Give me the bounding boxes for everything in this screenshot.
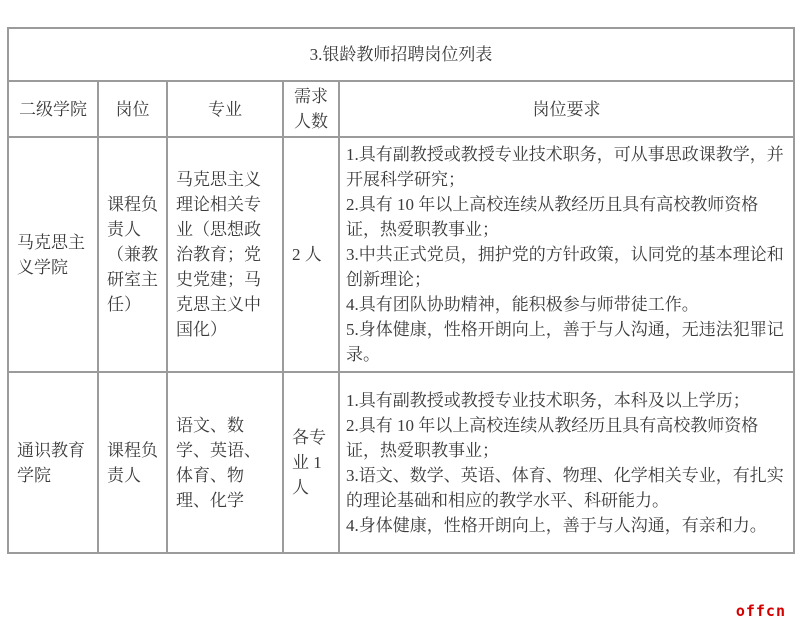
table-title-row: 3.银龄教师招聘岗位列表 [8, 28, 794, 81]
table-title: 3.银龄教师招聘岗位列表 [8, 28, 794, 81]
recruitment-table: 3.银龄教师招聘岗位列表 二级学院 岗位 专业 需求人数 岗位要求 马克思主义学… [7, 27, 795, 554]
document-page: 3.银龄教师招聘岗位列表 二级学院 岗位 专业 需求人数 岗位要求 马克思主义学… [0, 0, 800, 628]
table-row: 马克思主义学院 课程负责人（兼教研室主任） 马克思主义理论相关专业（思想政治教育… [8, 137, 794, 372]
major-cell: 马克思主义理论相关专业（思想政治教育；党史党建；马克思主义中国化） [167, 137, 283, 372]
col-header-headcount: 需求人数 [283, 81, 339, 137]
col-header-requirements: 岗位要求 [339, 81, 794, 137]
major-cell: 语文、数学、英语、体育、物理、化学 [167, 372, 283, 553]
college-cell: 通识教育学院 [8, 372, 98, 553]
table-header-row: 二级学院 岗位 专业 需求人数 岗位要求 [8, 81, 794, 137]
headcount-cell: 各专业 1 人 [283, 372, 339, 553]
offcn-watermark: offcn [736, 602, 786, 620]
col-header-college: 二级学院 [8, 81, 98, 137]
position-cell: 课程负责人（兼教研室主任） [98, 137, 167, 372]
requirements-cell: 1.具有副教授或教授专业技术职务，可从事思政课教学，并开展科学研究； 2.具有 … [339, 137, 794, 372]
table-row: 通识教育学院 课程负责人 语文、数学、英语、体育、物理、化学 各专业 1 人 1… [8, 372, 794, 553]
college-cell: 马克思主义学院 [8, 137, 98, 372]
col-header-major: 专业 [167, 81, 283, 137]
col-header-position: 岗位 [98, 81, 167, 137]
headcount-cell: 2 人 [283, 137, 339, 372]
requirements-cell: 1.具有副教授或教授专业技术职务，本科及以上学历； 2.具有 10 年以上高校连… [339, 372, 794, 553]
position-cell: 课程负责人 [98, 372, 167, 553]
